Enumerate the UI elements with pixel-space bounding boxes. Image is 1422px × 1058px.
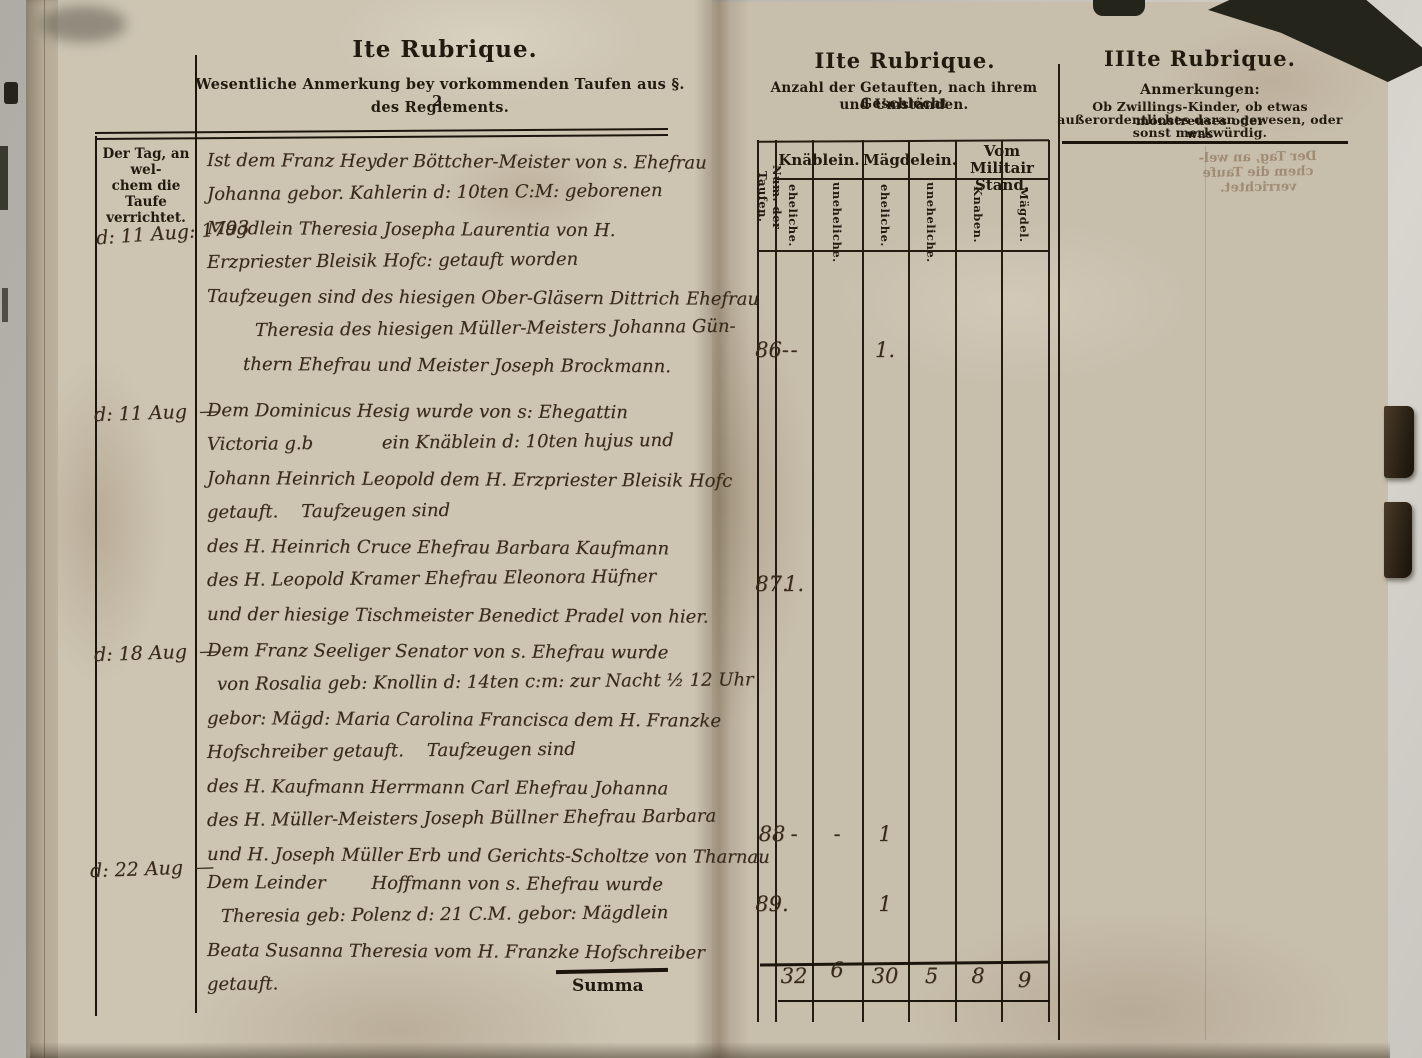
- handwritten-line: und der hiesige Tischmeister Benedict Pr…: [207, 604, 702, 641]
- handwritten-line: Hofschreiber getauft. Taufzeugen sind: [207, 738, 702, 776]
- group-header-maegdelein: Mägdelein.: [863, 152, 955, 169]
- subcol-label: eheliche.: [878, 182, 892, 248]
- entry-date: d: 18 Aug —: [94, 640, 219, 666]
- binding-nail: [4, 82, 18, 104]
- book-bottom-shadow: [30, 1042, 1390, 1058]
- table-header-bottom-rule: [757, 250, 1049, 252]
- left-page-title: Ite Rubrique.: [205, 36, 685, 63]
- subcol-label: eheliche.: [786, 182, 800, 248]
- table-cell: 1: [864, 822, 906, 846]
- table-cell: 1.: [864, 338, 906, 362]
- handwritten-line: von Rosalia geb: Knollin d: 14ten c:m: z…: [217, 670, 702, 708]
- rubrique2-subtitle-2: und Umständen.: [748, 97, 1060, 113]
- date-col-header-line2: chem die Taufe: [98, 178, 194, 210]
- table-line: [1048, 140, 1050, 1022]
- spine-dark-mark: [0, 146, 8, 210]
- table-line: [862, 140, 864, 1022]
- table-cell: -: [777, 822, 811, 846]
- rubrique-divider-line: [1058, 64, 1060, 1040]
- group-header-militair: Vom Militair Stand.: [956, 143, 1048, 194]
- table-line: [955, 140, 957, 1022]
- date-column-header: Der Tag, an wel- chem die Taufe verricht…: [98, 146, 194, 226]
- handwritten-line: des H. Leopold Kramer Ehefrau Eleonora H…: [207, 566, 702, 604]
- table-cell: -: [777, 338, 811, 362]
- subcol-label: uneheliche.: [830, 182, 844, 248]
- table-cell: -: [814, 822, 860, 846]
- handwritten-line: getauft. Taufzeugen sind: [207, 498, 702, 536]
- baptism-entry: Ist dem Franz Heyder Böttcher-Meister vo…: [207, 150, 702, 388]
- date-col-header-line1: Der Tag, an wel-: [98, 146, 194, 178]
- handwritten-line: Victoria g.b ein Knäblein d: 10ten hujus…: [207, 430, 702, 468]
- rubrique3-underline: [1062, 141, 1348, 144]
- entry-date: d: 22 Aug —: [90, 856, 215, 882]
- summa-cell: 32: [777, 964, 811, 988]
- rubrique3-line3: sonst merkwürdig.: [1050, 126, 1350, 140]
- bleed-line: Der Tag, an wel-: [1178, 149, 1338, 167]
- handwritten-line: Theresia geb: Polenz d: 21 C.M. gebor: M…: [221, 902, 702, 940]
- summa-cell: 30: [864, 964, 906, 988]
- rubrique3-title: IIIte Rubrique.: [1055, 46, 1345, 71]
- table-line: [908, 140, 910, 1022]
- summa-label: Summa: [572, 976, 644, 996]
- entry-date: d: 11 Aug —: [94, 400, 219, 426]
- summa-cell: 9: [1003, 968, 1046, 992]
- table-row-number: 89.: [750, 892, 794, 916]
- handwritten-line: Johanna gebor. Kahlerin d: 10ten C:M: ge…: [207, 180, 702, 218]
- handwritten-line: des H. Müller-Meisters Joseph Büllner Eh…: [207, 806, 702, 844]
- baptism-entry: Dem Dominicus Hesig wurde von s: Ehegatt…: [207, 400, 702, 638]
- table-summa-rule-bottom: [778, 1000, 1050, 1002]
- page-edge-line: [44, 0, 45, 1058]
- leather-clasp-strap: [1384, 406, 1414, 478]
- bleed-line: verrichtet.: [1178, 179, 1338, 197]
- bleed-through-text: Der Tag, an wel- chem die Taufe verricht…: [1178, 149, 1339, 197]
- table-cell: 1: [864, 892, 906, 916]
- summa-cell: 8: [957, 964, 999, 988]
- handwritten-line: Erzpriester Bleisik Hofc: getauft worden: [207, 248, 702, 286]
- subcol-label: uneheliche.: [924, 182, 938, 248]
- leather-clasp-strap: [1384, 502, 1412, 578]
- register-photo: Ite Rubrique. Wesentliche Anmerkung bey …: [0, 0, 1422, 1058]
- subcol-label: Knaben.: [971, 182, 985, 248]
- table-line: [812, 140, 814, 1022]
- rubrique2-title: IIte Rubrique.: [760, 48, 1050, 73]
- summa-cell: 5: [910, 964, 953, 988]
- date-column-left-line: [95, 136, 97, 1016]
- corner-shadow: [40, 6, 126, 42]
- page-tab-dark: [1093, 0, 1145, 16]
- left-page-subtitle-2: des Reglements.: [195, 99, 685, 116]
- page-fold-line: [1205, 146, 1206, 1040]
- handwritten-line: thern Ehefrau und Meister Joseph Brockma…: [243, 354, 702, 390]
- handwritten-line: Theresia des hiesigen Müller-Meisters Jo…: [255, 316, 702, 354]
- group-header-knaeblein: Knäblein.: [776, 152, 862, 169]
- spine-dark-mark: [2, 288, 8, 322]
- rubrique3-heading: Anmerkungen:: [1055, 82, 1345, 98]
- summa-cell: 6: [814, 958, 860, 982]
- subcol-label: Mägdel.: [1017, 182, 1031, 248]
- table-cell: 1.: [777, 572, 811, 596]
- table-line: [1001, 140, 1003, 1022]
- baptism-entry: Dem Franz Seeliger Senator von s. Ehefra…: [207, 640, 702, 878]
